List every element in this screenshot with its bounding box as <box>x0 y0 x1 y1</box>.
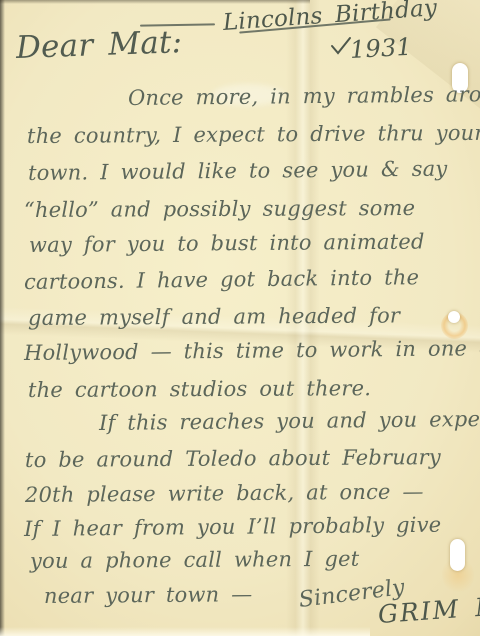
letter-line: to be around Toledo about February <box>25 445 441 472</box>
letter-page: Lincolns Birthday 1931 Dear Mat: Once mo… <box>0 0 480 636</box>
letter-salutation: Dear Mat: <box>15 24 182 66</box>
paper-edge-highlight <box>0 627 370 636</box>
letter-line: town. I would like to see you & say <box>28 157 448 185</box>
letter-line: Hollywood — this time to work in one of <box>24 336 480 365</box>
punch-hole-bottom <box>450 539 465 571</box>
punch-hole-middle <box>448 311 460 323</box>
letter-line: game myself and am headed for <box>28 303 400 330</box>
letter-line: If I hear from you I’ll probably give <box>24 513 442 541</box>
letter-year: 1931 <box>349 33 412 64</box>
scan-edge-shadow-top <box>0 0 310 4</box>
scan-edge-shadow <box>0 0 5 636</box>
letter-line: way for you to bust into animated <box>29 230 425 257</box>
letter-line: you a phone call when I get <box>30 547 360 573</box>
letter-line: cartoons. I have got back into the <box>24 265 419 294</box>
letter-line: near your town — <box>44 582 253 608</box>
letter-line: the cartoon studios out there. <box>28 376 371 402</box>
letter-line: Once more, in my rambles around <box>128 82 480 110</box>
letter-line: 20th please write back, at once — <box>25 480 424 507</box>
letter-line: If this reaches you and you expect <box>99 407 480 435</box>
letter-line: “hello” and possibly suggest some <box>24 196 415 222</box>
letter-line: the country, I expect to drive thru your <box>27 121 480 148</box>
